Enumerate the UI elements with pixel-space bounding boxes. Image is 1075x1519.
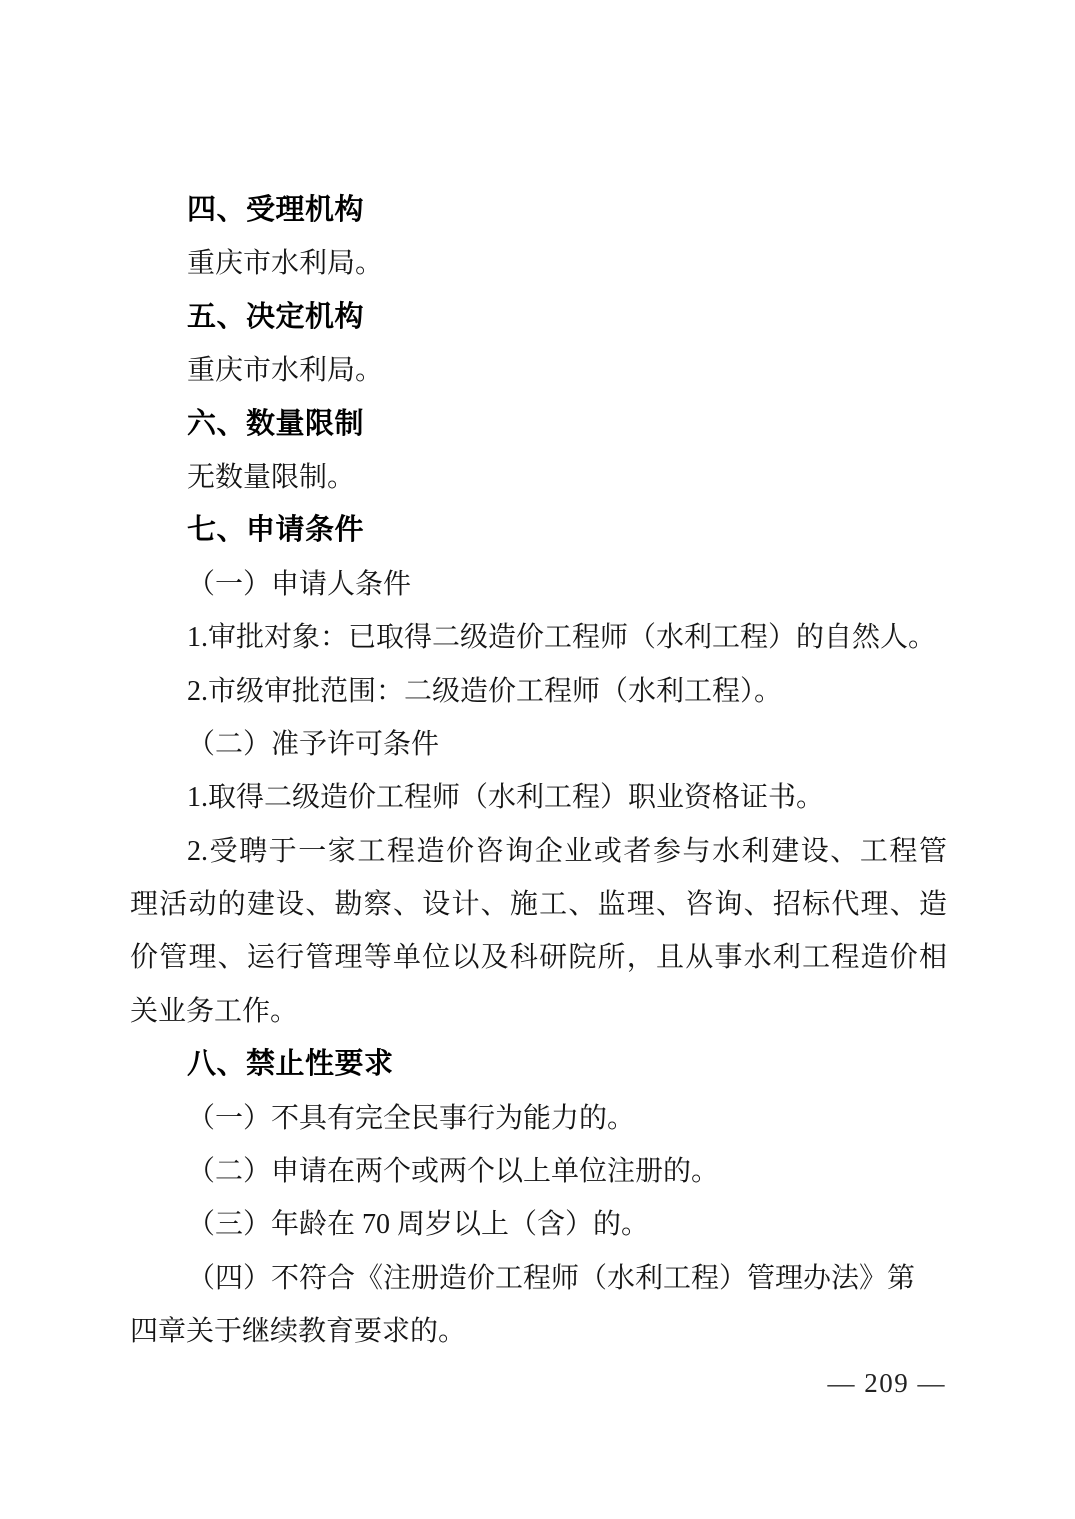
section-heading-6-quantity-limit: 六、数量限制 [130,398,947,451]
body-line-prohibition-regulation-2: 四章关于继续教育要求的。 [130,1305,947,1358]
section-heading-5-deciding-agency: 五、决定机构 [130,291,947,344]
body-line-permit-conditions-subhead: （二）准予许可条件 [130,718,947,771]
body-line-accepting-agency: 重庆市水利局。 [130,237,947,290]
paragraph-line-employment-4: 关业务工作。 [130,985,947,1038]
body-line-prohibition-regulation-1: （四）不符合《注册造价工程师（水利工程）管理办法》第 [130,1252,947,1305]
paragraph-line-employment-2: 理活动的建设、勘察、设计、施工、监理、咨询、招标代理、造 [130,878,947,931]
body-line-prohibition-age-70: （三）年龄在 70 周岁以上（含）的。 [130,1198,947,1251]
body-line-applicant-conditions-subhead: （一）申请人条件 [130,558,947,611]
body-line-prohibition-multiple-units: （二）申请在两个或两个以上单位注册的。 [130,1145,947,1198]
section-heading-4-accepting-agency: 四、受理机构 [130,184,947,237]
section-heading-7-application-conditions: 七、申请条件 [130,504,947,557]
body-line-city-approval-scope: 2.市级审批范围：二级造价工程师（水利工程）。 [130,665,947,718]
paragraph-line-employment-3: 价管理、运行管理等单位以及科研院所，且从事水利工程造价相 [130,931,947,984]
body-line-qualification-certificate: 1.取得二级造价工程师（水利工程）职业资格证书。 [130,771,947,824]
document-content: 四、受理机构 重庆市水利局。 五、决定机构 重庆市水利局。 六、数量限制 无数量… [130,184,947,1359]
section-heading-8-prohibitions: 八、禁止性要求 [130,1038,947,1091]
paragraph-line-employment-1: 2.受聘于一家工程造价咨询企业或者参与水利建设、工程管 [130,825,947,878]
body-line-quantity-limit: 无数量限制。 [130,451,947,504]
document-page: 四、受理机构 重庆市水利局。 五、决定机构 重庆市水利局。 六、数量限制 无数量… [0,0,1075,1519]
body-line-deciding-agency: 重庆市水利局。 [130,344,947,397]
page-number: — 209 — [828,1368,947,1399]
body-line-approval-target: 1.审批对象：已取得二级造价工程师（水利工程）的自然人。 [130,611,947,664]
body-line-prohibition-civil-capacity: （一）不具有完全民事行为能力的。 [130,1092,947,1145]
